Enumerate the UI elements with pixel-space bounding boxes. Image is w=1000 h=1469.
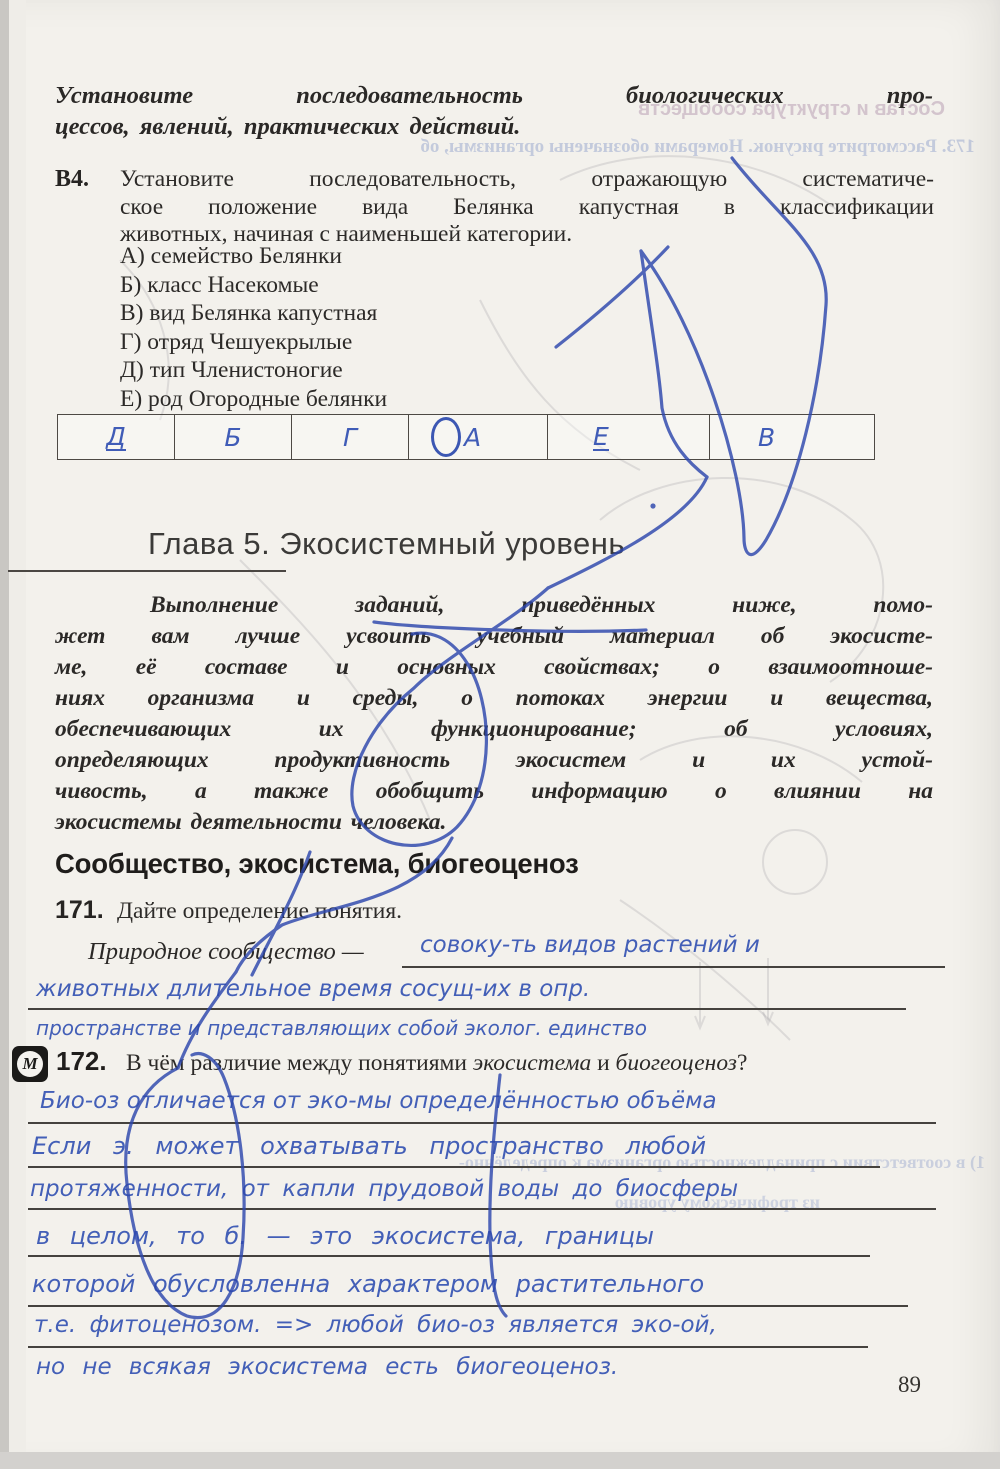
pen-scribble xyxy=(0,0,1000,1469)
workbook-page: Состав и структура сообществ 173. Рассмо… xyxy=(0,0,1000,1469)
